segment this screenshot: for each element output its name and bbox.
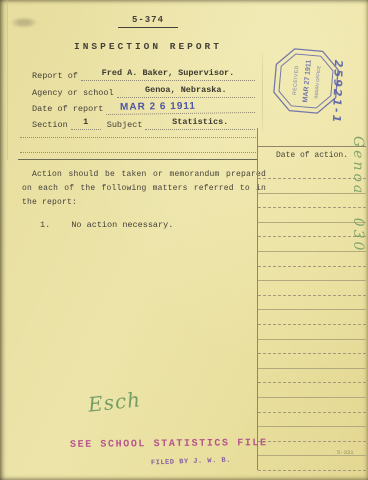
action-column-line <box>258 280 366 281</box>
field-label: Section <box>32 120 71 130</box>
field-label: Agency or school <box>32 88 117 98</box>
blank-dotted-line <box>20 152 256 153</box>
filed-by-stamp: FILED BY J. W. B. <box>151 457 231 468</box>
field-agency: Agency or school Genoa, Nebraska. <box>32 84 255 98</box>
form-number-text: 5-374 <box>118 15 178 28</box>
stamp-top-line: RECEIVED <box>292 65 301 95</box>
field-value: Fred A. Baker, Supervisor. <box>81 67 255 81</box>
section-divider-rule <box>18 159 258 160</box>
field-label: Subject <box>101 120 146 130</box>
handwritten-margin-note: Genoa 030 <box>350 136 366 253</box>
action-column-line <box>258 397 366 398</box>
action-column-line <box>258 295 366 296</box>
action-column-line <box>258 266 366 267</box>
date-received-stamp-text: MAR 2 6 1911 <box>106 99 255 115</box>
field-label: Date of report <box>32 104 106 114</box>
form-number: 5-374 <box>0 15 296 28</box>
action-column-line <box>258 339 366 340</box>
handwritten-file-number: 25921-1 <box>330 60 345 125</box>
field-label: Report of <box>32 71 81 81</box>
handwritten-initials: Esch <box>87 387 142 416</box>
instruction-paragraph: Action should be taken or memorandum pre… <box>22 168 266 209</box>
stamp-date-line: MAR 27 1911 <box>302 59 313 102</box>
field-section-subject: Section 1 Subject Statistics. <box>32 116 255 130</box>
blank-dotted-line <box>20 137 256 138</box>
field-report-of: Report of Fred A. Baker, Supervisor. <box>32 67 255 81</box>
action-column-line <box>258 382 366 383</box>
stamp-bottom-line: INDIAN OFFICE <box>314 65 322 98</box>
list-item-number: 1. <box>40 220 50 230</box>
action-column-line <box>258 441 366 442</box>
action-column-line <box>258 353 366 354</box>
action-column-line <box>258 309 366 310</box>
field-date-of-report: Date of report MAR 2 6 1911 <box>32 100 255 114</box>
document-title: INSPECTION REPORT <box>0 41 296 52</box>
list-item-text: No action necessary. <box>71 220 173 230</box>
school-statistics-file-stamp: SEE SCHOOL STATISTICS FILE <box>70 438 268 451</box>
form-number-footer: 5-331 <box>337 449 354 456</box>
action-column-divider <box>257 128 258 470</box>
action-column-line <box>258 368 366 369</box>
field-value: 1 <box>71 116 101 130</box>
action-column-line <box>258 426 366 427</box>
action-column-line <box>258 324 366 325</box>
field-value: Genoa, Nebraska. <box>117 84 255 98</box>
field-value: Statistics. <box>145 116 255 130</box>
action-column-line <box>258 412 366 413</box>
scanned-inspection-report: 5-374 INSPECTION REPORT Report of Fred A… <box>0 0 368 480</box>
action-column-line <box>258 470 366 471</box>
paper-crease <box>262 52 263 132</box>
list-item-1: 1. No action necessary. <box>40 220 173 230</box>
